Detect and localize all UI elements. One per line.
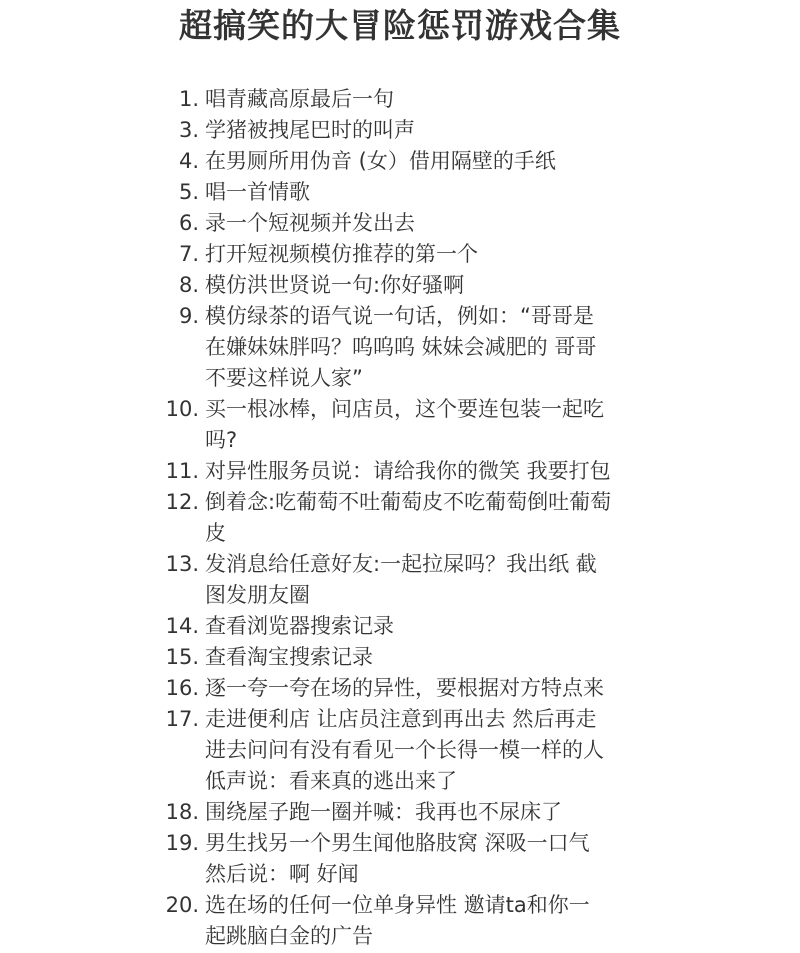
item-text-line: 学猪被拽尾巴时的叫声 <box>205 115 630 146</box>
item-text-line: 围绕屋子跑一圈并喊：我再也不尿床了 <box>205 797 630 828</box>
item-text-line: 选在场的任何一位单身异性 邀请ta和你一 <box>205 890 630 921</box>
list-item: 16. 逐一夸一夸在场的异性，要根据对方特点来 <box>150 673 650 704</box>
page-title: 超搞笑的大冒险惩罚游戏合集 <box>0 4 800 48</box>
item-text-line: 唱青藏高原最后一句 <box>205 84 630 115</box>
item-text-line: 模仿绿茶的语气说一句话，例如：“哥哥是 <box>205 301 630 332</box>
item-text: 模仿绿茶的语气说一句话，例如：“哥哥是 在嫌妹妹胖吗？呜呜呜 妹妹会减肥的 哥哥… <box>205 301 630 394</box>
item-text-line: 低声说：看来真的逃出来了 <box>205 766 630 797</box>
item-text-line: 走进便利店 让店员注意到再出去 然后再走 <box>205 704 630 735</box>
item-text-line: 对异性服务员说：请给我你的微笑 我要打包 <box>205 456 630 487</box>
item-text: 唱青藏高原最后一句 <box>205 84 630 115</box>
item-text-line: 逐一夸一夸在场的异性，要根据对方特点来 <box>205 673 630 704</box>
item-text-line: 男生找另一个男生闻他胳肢窝 深吸一口气 <box>205 828 630 859</box>
item-text-line: 买一根冰棒，问店员，这个要连包装一起吃 <box>205 394 630 425</box>
item-text: 围绕屋子跑一圈并喊：我再也不尿床了 <box>205 797 630 828</box>
item-text: 查看浏览器搜索记录 <box>205 611 630 642</box>
item-number: 15. <box>150 642 205 673</box>
item-text: 唱一首情歌 <box>205 177 630 208</box>
item-text-line: 录一个短视频并发出去 <box>205 208 630 239</box>
list-item: 4. 在男厕所用伪音 (女）借用隔壁的手纸 <box>150 146 650 177</box>
item-number: 1. <box>150 84 205 115</box>
item-text-line: 皮 <box>205 518 630 549</box>
item-text: 男生找另一个男生闻他胳肢窝 深吸一口气 然后说：啊 好闻 <box>205 828 630 890</box>
item-number: 8. <box>150 270 205 301</box>
item-text: 在男厕所用伪音 (女）借用隔壁的手纸 <box>205 146 630 177</box>
item-text: 学猪被拽尾巴时的叫声 <box>205 115 630 146</box>
item-text: 打开短视频模仿推荐的第一个 <box>205 239 630 270</box>
item-text: 倒着念:吃葡萄不吐葡萄皮不吃葡萄倒吐葡萄 皮 <box>205 487 630 549</box>
item-number: 10. <box>150 394 205 425</box>
item-text-line: 查看淘宝搜索记录 <box>205 642 630 673</box>
item-text: 模仿洪世贤说一句:你好骚啊 <box>205 270 630 301</box>
item-number: 14. <box>150 611 205 642</box>
list-item: 5. 唱一首情歌 <box>150 177 650 208</box>
list-item: 13. 发消息给任意好友:一起拉屎吗？我出纸 截 图发朋友圈 <box>150 549 650 611</box>
item-text: 查看淘宝搜索记录 <box>205 642 630 673</box>
item-text-line: 在嫌妹妹胖吗？呜呜呜 妹妹会减肥的 哥哥 <box>205 332 630 363</box>
item-number: 20. <box>150 890 205 921</box>
item-text: 走进便利店 让店员注意到再出去 然后再走 进去问问有没有看见一个长得一模一样的人… <box>205 704 630 797</box>
item-text-line: 发消息给任意好友:一起拉屎吗？我出纸 截 <box>205 549 630 580</box>
list-item: 14. 查看浏览器搜索记录 <box>150 611 650 642</box>
item-number: 13. <box>150 549 205 580</box>
item-text: 选在场的任何一位单身异性 邀请ta和你一 起跳脑白金的广告 <box>205 890 630 952</box>
item-text: 录一个短视频并发出去 <box>205 208 630 239</box>
item-text-line: 查看浏览器搜索记录 <box>205 611 630 642</box>
item-number: 12. <box>150 487 205 518</box>
item-number: 11. <box>150 456 205 487</box>
item-number: 18. <box>150 797 205 828</box>
list-item: 10. 买一根冰棒，问店员，这个要连包装一起吃 吗? <box>150 394 650 456</box>
item-text: 买一根冰棒，问店员，这个要连包装一起吃 吗? <box>205 394 630 456</box>
list-item: 19. 男生找另一个男生闻他胳肢窝 深吸一口气 然后说：啊 好闻 <box>150 828 650 890</box>
list-item: 9. 模仿绿茶的语气说一句话，例如：“哥哥是 在嫌妹妹胖吗？呜呜呜 妹妹会减肥的… <box>150 301 650 394</box>
item-number: 7. <box>150 239 205 270</box>
punishment-list: 1. 唱青藏高原最后一句 3. 学猪被拽尾巴时的叫声 4. 在男厕所用伪音 (女… <box>150 84 650 952</box>
list-item: 3. 学猪被拽尾巴时的叫声 <box>150 115 650 146</box>
item-text-line: 起跳脑白金的广告 <box>205 921 630 952</box>
list-item: 8. 模仿洪世贤说一句:你好骚啊 <box>150 270 650 301</box>
list-item: 7. 打开短视频模仿推荐的第一个 <box>150 239 650 270</box>
list-item: 18. 围绕屋子跑一圈并喊：我再也不尿床了 <box>150 797 650 828</box>
list-item: 17. 走进便利店 让店员注意到再出去 然后再走 进去问问有没有看见一个长得一模… <box>150 704 650 797</box>
item-number: 6. <box>150 208 205 239</box>
item-text-line: 不要这样说人家” <box>205 363 630 394</box>
item-text-line: 然后说：啊 好闻 <box>205 859 630 890</box>
list-item: 1. 唱青藏高原最后一句 <box>150 84 650 115</box>
item-number: 9. <box>150 301 205 332</box>
list-item: 6. 录一个短视频并发出去 <box>150 208 650 239</box>
item-text-line: 模仿洪世贤说一句:你好骚啊 <box>205 270 630 301</box>
item-number: 19. <box>150 828 205 859</box>
item-text-line: 唱一首情歌 <box>205 177 630 208</box>
item-number: 16. <box>150 673 205 704</box>
item-number: 4. <box>150 146 205 177</box>
item-text-line: 进去问问有没有看见一个长得一模一样的人 <box>205 735 630 766</box>
item-text-line: 图发朋友圈 <box>205 580 630 611</box>
item-text: 发消息给任意好友:一起拉屎吗？我出纸 截 图发朋友圈 <box>205 549 630 611</box>
item-number: 5. <box>150 177 205 208</box>
item-text-line: 打开短视频模仿推荐的第一个 <box>205 239 630 270</box>
item-text-line: 倒着念:吃葡萄不吐葡萄皮不吃葡萄倒吐葡萄 <box>205 487 630 518</box>
list-item: 20. 选在场的任何一位单身异性 邀请ta和你一 起跳脑白金的广告 <box>150 890 650 952</box>
item-text-line: 吗? <box>205 425 630 456</box>
item-number: 17. <box>150 704 205 735</box>
item-text-line: 在男厕所用伪音 (女）借用隔壁的手纸 <box>205 146 630 177</box>
list-item: 15. 查看淘宝搜索记录 <box>150 642 650 673</box>
item-number: 3. <box>150 115 205 146</box>
item-text: 对异性服务员说：请给我你的微笑 我要打包 <box>205 456 630 487</box>
item-text: 逐一夸一夸在场的异性，要根据对方特点来 <box>205 673 630 704</box>
list-item: 11. 对异性服务员说：请给我你的微笑 我要打包 <box>150 456 650 487</box>
list-item: 12. 倒着念:吃葡萄不吐葡萄皮不吃葡萄倒吐葡萄 皮 <box>150 487 650 549</box>
